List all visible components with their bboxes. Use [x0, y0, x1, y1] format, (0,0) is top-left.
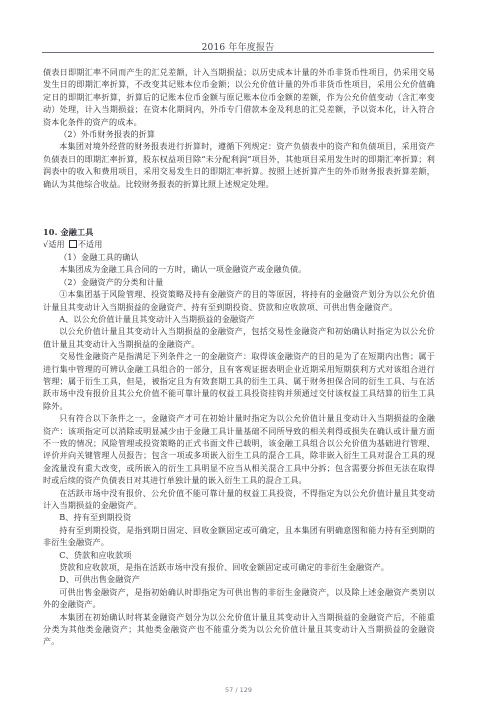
paragraph: 交易性金融资产是指满足下列条件之一的金融资产：取得该金融资产的目的是为了在短期内… — [43, 350, 435, 412]
applicability-row: √适用不适用 — [43, 238, 435, 250]
paragraph: 本集团成为金融工具合同的一方时，确认一项金融资产或金融负债。 — [43, 263, 435, 275]
paragraph: 在活跃市场中没有报价、公允价值不能可靠计量的权益工具投资，不得指定为以公允价值计… — [43, 487, 435, 512]
subheading: A、以公允价值计量且其变动计入当期损益的金融资产 — [43, 313, 435, 325]
paragraph: 以公允价值计量且其变动计入当期损益的金融资产，包括交易性金融资产和初始确认时指定… — [43, 325, 435, 350]
subheading: C、贷款和应收款项 — [43, 549, 435, 561]
paragraph: 本集团对境外经营的财务报表进行折算时，遵循下列规定：资产负债表中的资产和负债项目… — [43, 140, 435, 190]
subheading: D、可供出售金融资产 — [43, 573, 435, 585]
paragraph: 贷款和应收款项，是指在活跃市场中没有报价、回收金额固定或可确定的非衍生金融资产。 — [43, 561, 435, 573]
section-title: 10. 金融工具 — [43, 226, 435, 238]
subheading: （2）外币财务报表的折算 — [43, 128, 435, 140]
header-divider — [42, 52, 434, 53]
document-body: 债表日即期汇率不同而产生的汇兑差额，计入当期损益；以历史成本计量的外币非货币性项… — [43, 66, 435, 648]
subheading: （1）金融工具的确认 — [43, 251, 435, 263]
paragraph: 本集团在初始确认时将某金融资产划分为以公允价值计量且其变动计入当期损益的金融资产… — [43, 611, 435, 648]
not-applicable-label: 不适用 — [78, 239, 103, 249]
paragraph: 可供出售金融资产，是指初始确认时即指定为可供出售的非衍生金融资产，以及除上述金融… — [43, 586, 435, 611]
applicable-label: 适用 — [48, 239, 65, 249]
paragraph: 持有至到期投资，是指到期日固定、回收金额固定或可确定，且本集团有明确意图和能力持… — [43, 524, 435, 549]
spacer — [43, 190, 435, 226]
subheading: （2）金融资产的分类和计量 — [43, 276, 435, 288]
unchecked-box-icon — [69, 240, 77, 248]
paragraph: ①本集团基于风险管理、投资策略及持有金融资产的目的等原因，将持有的金融资产划分为… — [43, 288, 435, 313]
subheading: B、持有至到期投资 — [43, 511, 435, 523]
paragraph: 债表日即期汇率不同而产生的汇兑差额，计入当期损益；以历史成本计量的外币非货币性项… — [43, 66, 435, 128]
paragraph: 只有符合以下条件之一，金融资产才可在初始计量时指定为以公允价值计量且变动计入当期… — [43, 412, 435, 486]
page-number: 57 / 129 — [0, 686, 477, 694]
